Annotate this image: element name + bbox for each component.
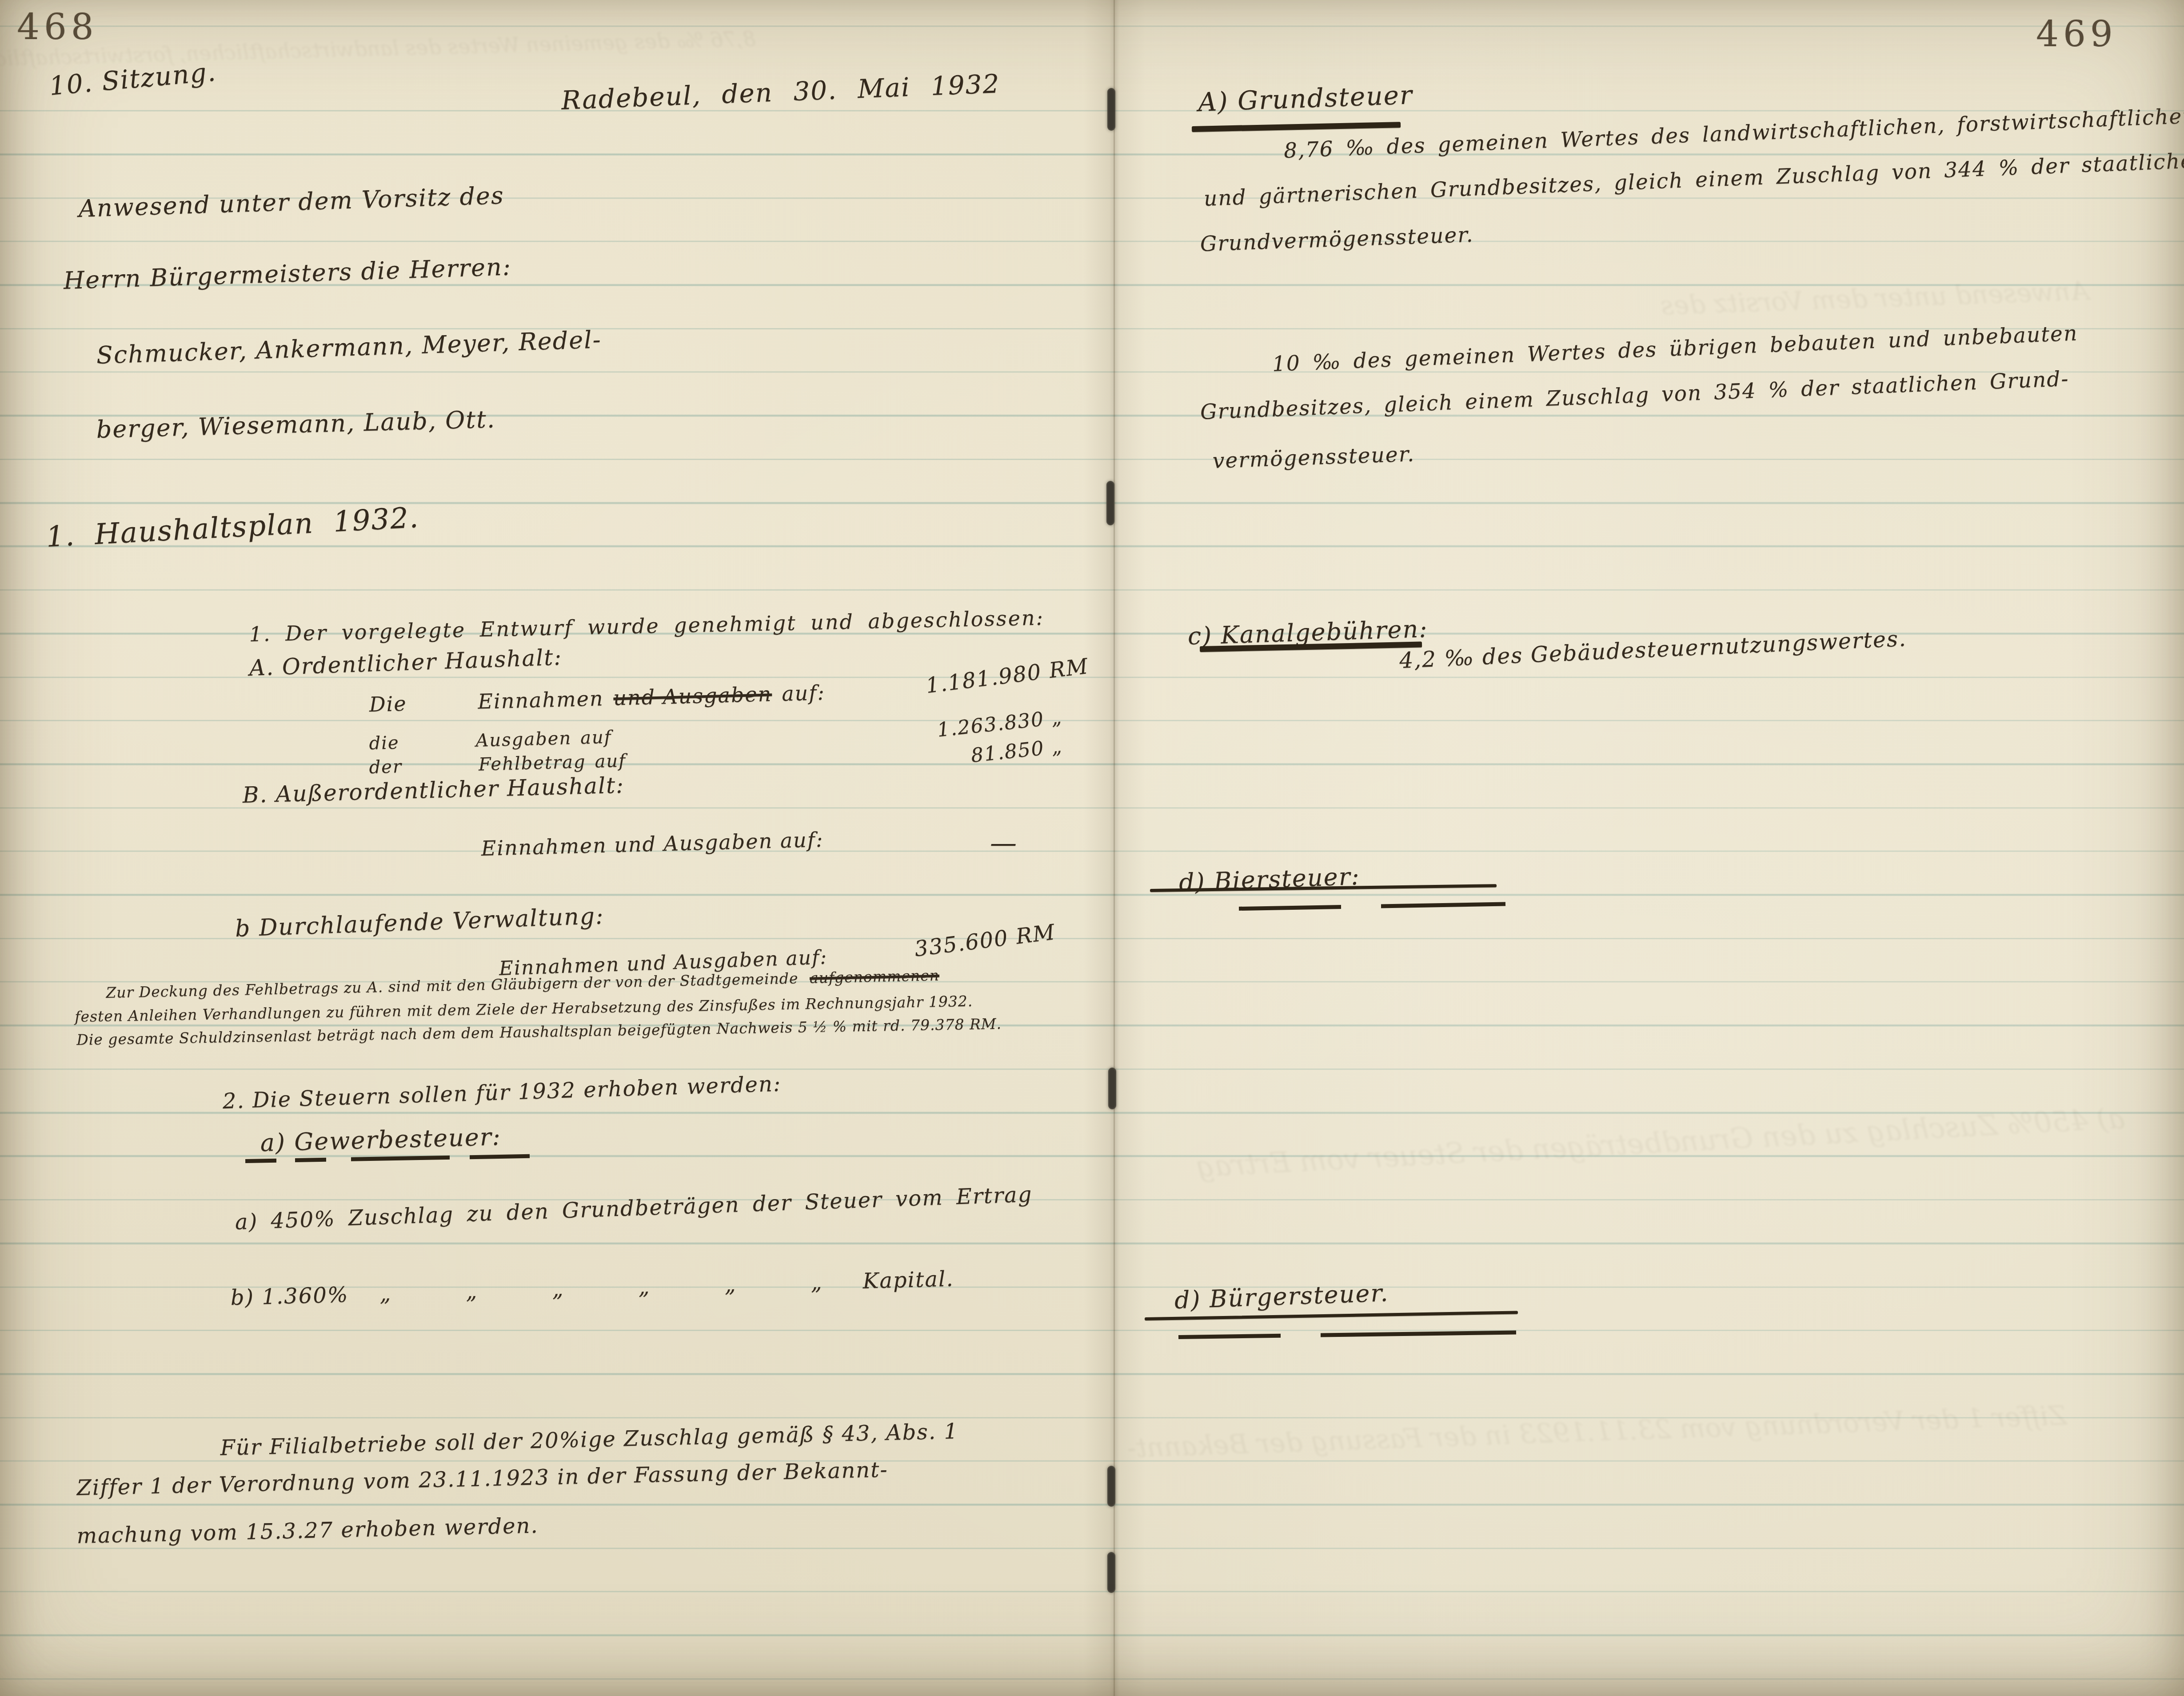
durchlaufende-value: 335.600 RM (913, 920, 1057, 961)
grundsteuer-heading: A) Grundsteuer (1198, 80, 1413, 117)
grundsteuer-para2-line: Grundbesitzes, gleich einem Zuschlag von… (1200, 367, 2069, 424)
dateline: Radebeul, den 30. Mai 1932 (561, 68, 1001, 116)
strikethrough-text: aufgenommenen (810, 967, 940, 987)
filial-line: Ziffer 1 der Verordnung vom 23.11.1923 i… (76, 1457, 888, 1500)
session-heading: 10. Sitzung. (48, 56, 218, 101)
budget-row-prefix: die (369, 732, 399, 754)
budget-row-item: Ausgaben (475, 728, 572, 751)
budget-amount: 335.600 (913, 925, 1010, 961)
underline-stroke (1178, 1330, 1516, 1339)
stitch-mark (1107, 1552, 1115, 1593)
page-number-left: 468 (17, 6, 98, 48)
budget-unit: „ (1050, 706, 1063, 729)
filial-line: machung vom 15.3.27 erhoben werden. (76, 1513, 539, 1548)
ink-bleedthrough: Anwesend unter dem Vorsitz des (1660, 276, 2089, 321)
budget-amount: 1.263.830 (936, 708, 1046, 741)
grundsteuer-para1-line: Grundvermögenssteuer. (1200, 223, 1474, 256)
stitch-mark (1106, 481, 1114, 525)
ditto-marks: „ „ „ „ „ „ (379, 1270, 823, 1306)
page-number-right: 469 (2036, 13, 2117, 55)
binding-crease (1114, 0, 1115, 1696)
budget-row-suffix: auf: (782, 680, 826, 706)
zuschlag-ertrag-line: a) 450% Zuschlag zu den Grundbeträgen de… (235, 1182, 1033, 1235)
strikethrough-text: und Ausgaben (613, 682, 772, 710)
binding-gutter (1083, 0, 1146, 1696)
budget-row-item: Einnahmen (478, 686, 604, 713)
budget-row-prefix: Die (369, 692, 407, 716)
ink-bleedthrough: Ziffer 1 der Verordnung vom 23.11.1923 i… (1126, 1400, 2067, 1464)
resolution-intro: 1. Der vorgelegte Entwurf wurde genehmig… (249, 606, 1044, 646)
stitch-mark (1107, 88, 1115, 131)
ink-bleedthrough: 8,76 ‰ des gemeinen Wertes des landwirts… (0, 27, 756, 72)
zuschlag-kapital-line: b) 1.360%„ „ „ „ „ „Kapital. (230, 1266, 954, 1310)
budget-value: 1.181.980 RM (880, 654, 1090, 704)
budget-unit: RM (1014, 920, 1057, 949)
budget-row-suffix: auf (580, 727, 612, 748)
attendance-line: Herrn Bürgermeisters die Herren: (63, 252, 512, 295)
filial-line: Für Filialbetriebe soll der 20%ige Zusch… (220, 1419, 959, 1460)
attendance-line: Anwesend unter dem Vorsitz des (78, 181, 505, 223)
zuschlag-kapital-label: b) 1.360% (230, 1282, 349, 1310)
section-b-line: Einnahmen und Ausgaben auf: (481, 828, 824, 860)
buergersteuer-heading-struck: d) Bürgersteuer. (1174, 1279, 1389, 1314)
footnote-text: Zur Deckung des Fehlbetrags zu A. sind m… (106, 969, 799, 1001)
grundsteuer-para2-line: vermögenssteuer. (1212, 442, 1415, 473)
ledger-double-page: 8,76 ‰ des gemeinen Wertes des landwirts… (0, 0, 2184, 1696)
zuschlag-kapital-tail: Kapital. (862, 1266, 954, 1293)
budget-unit: „ (1050, 735, 1064, 759)
budget-amount: 81.850 (970, 737, 1046, 767)
kanalgebuehren-line: 4,2 ‰ des Gebäudesteuernutzungswertes. (1399, 626, 1907, 673)
budget-row: DieEinnahmenund Ausgabenauf: (369, 680, 825, 716)
stitch-mark (1108, 1068, 1116, 1109)
attendance-line: berger, Wiesemann, Laub, Ott. (96, 405, 496, 443)
budget-row-suffix: auf (595, 751, 627, 772)
right-page-tint (1116, 0, 2184, 1696)
attendance-line: Schmucker, Ankermann, Meyer, Redel- (96, 325, 602, 369)
budget-row: dieAusgabenauf (369, 727, 612, 754)
gewerbesteuer-heading: a) Gewerbesteuer: (260, 1123, 502, 1157)
biersteuer-heading-struck: d) Biersteuer: (1178, 862, 1361, 896)
underline-stroke (1239, 902, 1505, 911)
section-b-value: — (990, 828, 1018, 859)
budget-row-item: Fehlbetrag (478, 752, 586, 775)
durchlaufende-heading: b Durchlaufende Verwaltung: (235, 903, 605, 942)
item2-intro: 2. Die Steuern sollen für 1932 erhoben w… (222, 1071, 782, 1113)
agenda-item-heading: 1. Haushaltsplan 1932. (45, 501, 420, 554)
budget-amount: 1.181.980 (924, 660, 1043, 699)
grundsteuer-para2-line: 10 ‰ des gemeinen Wertes des übrigen beb… (1272, 321, 2078, 376)
section-b-heading: B. Außerordentlicher Haushalt: (242, 772, 625, 808)
stitch-mark (1107, 1466, 1115, 1507)
underline-stroke (1192, 122, 1401, 132)
budget-unit: RM (1048, 654, 1090, 683)
budget-row-prefix: der (369, 756, 403, 778)
ink-bleedthrough: a) 450% Zuschlag zu den Grundbeträgen de… (1195, 1102, 2126, 1184)
section-a-heading: A. Ordentlicher Haushalt: (249, 644, 563, 681)
